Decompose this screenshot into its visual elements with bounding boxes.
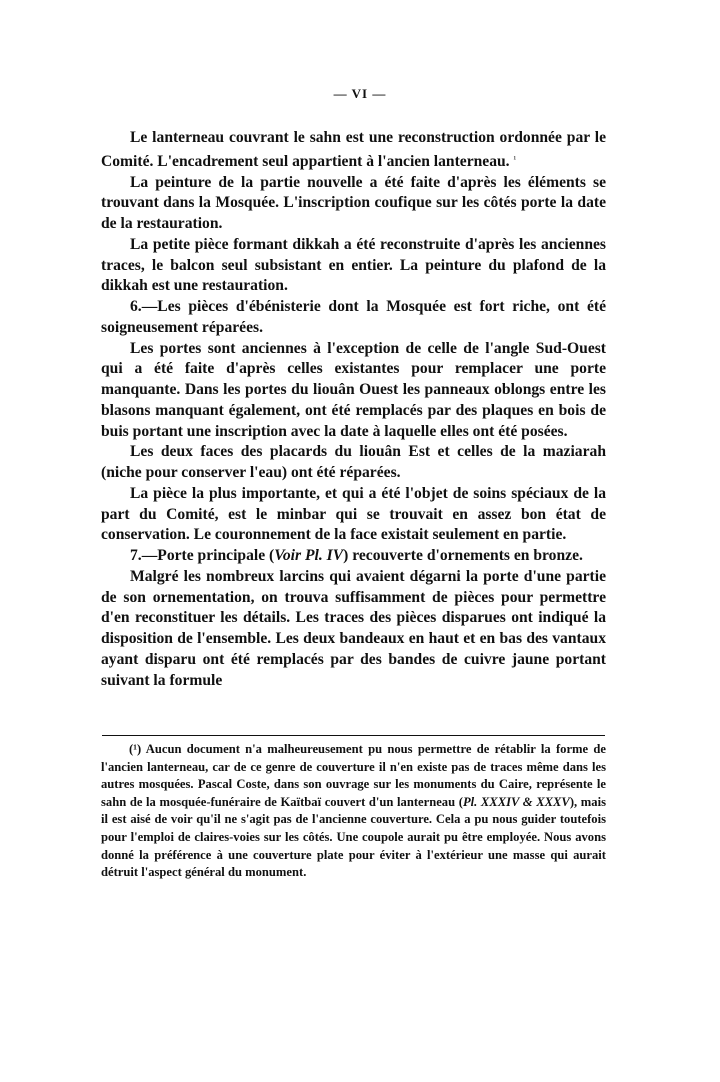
footnote-paragraph: (¹) Aucun document n'a malheureusement p… (101, 741, 606, 882)
plate-reference: Voir Pl. IV (274, 547, 343, 564)
paragraph-text: Les portes sont anciennes à l'exception … (101, 340, 606, 440)
section-heading: 7.—Porte principale (Voir Pl. IV) recouv… (101, 546, 606, 567)
paragraph: Malgré les nombreux larcins qui avaient … (101, 567, 606, 692)
paragraph: Les portes sont anciennes à l'exception … (101, 339, 606, 443)
paragraph: La peinture de la partie nouvelle a été … (101, 173, 606, 235)
footnote-divider (102, 735, 605, 736)
paragraph-text: La petite pièce formant dikkah a été rec… (101, 236, 606, 295)
footnote-reference: ¹ (514, 154, 517, 164)
paragraph-text: Les deux faces des placards du liouân Es… (101, 443, 606, 481)
paragraph-text: Malgré les nombreux larcins qui avaient … (101, 568, 606, 689)
heading-suffix: ) recouverte d'ornements en bronze. (343, 547, 583, 564)
paragraph: La pièce la plus importante, et qui a ét… (101, 484, 606, 546)
body-text: Le lanterneau couvrant le sahn est une r… (101, 128, 606, 691)
paragraph-text: La peinture de la partie nouvelle a été … (101, 174, 606, 233)
heading-prefix: 7.—Porte principale ( (130, 547, 274, 564)
footnote: (¹) Aucun document n'a malheureusement p… (101, 741, 606, 882)
footnote-mark: (¹) (129, 742, 141, 756)
footnote-plate-reference: Pl. XXXIV & XXXV (463, 795, 570, 809)
paragraph: La petite pièce formant dikkah a été rec… (101, 235, 606, 297)
paragraph: 6.—Les pièces d'ébénisterie dont la Mosq… (101, 297, 606, 339)
paragraph: Les deux faces des placards du liouân Es… (101, 442, 606, 484)
paragraph-text: 6.—Les pièces d'ébénisterie dont la Mosq… (101, 298, 606, 336)
paragraph-text: La pièce la plus importante, et qui a ét… (101, 485, 606, 544)
paragraph-text: Le lanterneau couvrant le sahn est une r… (101, 129, 606, 170)
page-number: — VI — (0, 86, 720, 102)
paragraph: Le lanterneau couvrant le sahn est une r… (101, 128, 606, 173)
